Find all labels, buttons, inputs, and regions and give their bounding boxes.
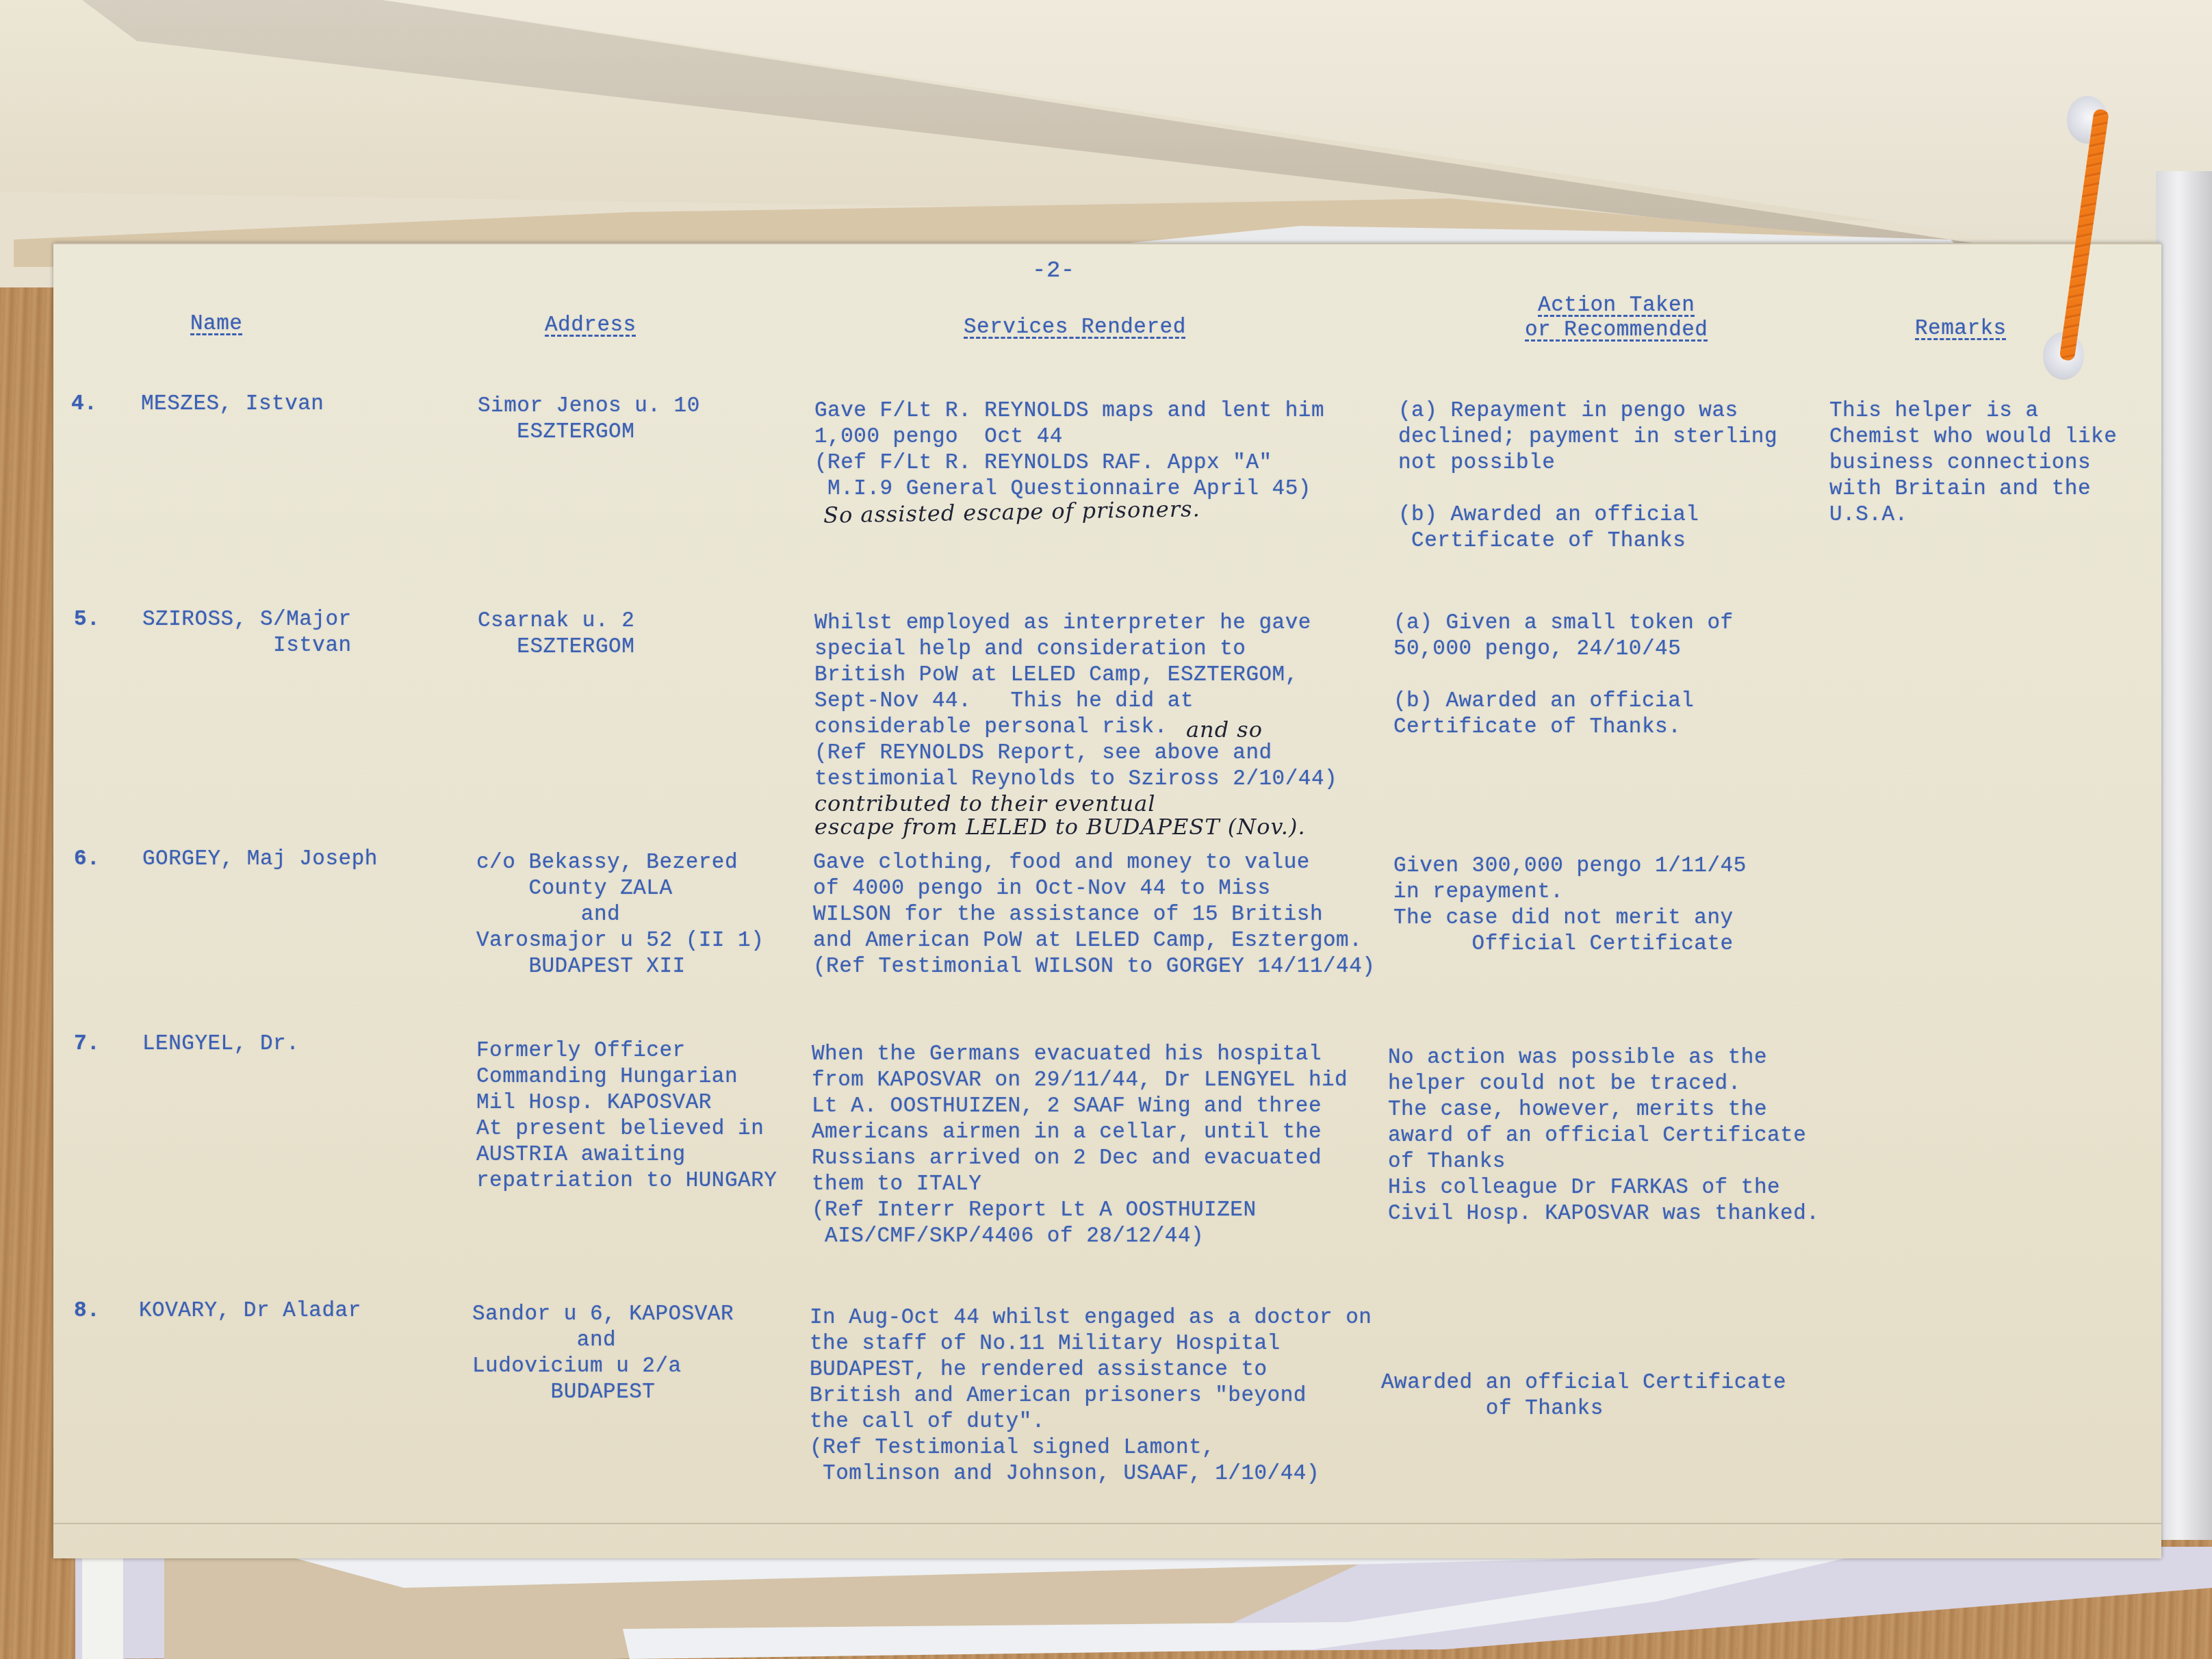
entry-action: Given 300,000 pengo 1/11/45 in repayment… <box>1393 853 1747 957</box>
entry-services: Gave clothing, food and money to value o… <box>813 850 1375 980</box>
entry-number: 7. <box>74 1031 100 1057</box>
entry-address: c/o Bekassy, Bezered County ZALA and Var… <box>476 850 764 980</box>
entry-name: LENGYEL, Dr. <box>142 1031 299 1057</box>
entry-number: 4. <box>71 391 97 417</box>
entry-number: 8. <box>74 1298 100 1324</box>
entry-services: When the Germans evacuated his hospital … <box>812 1042 1348 1250</box>
entry-name: GORGEY, Maj Joseph <box>142 847 378 873</box>
background-paper-edge <box>2156 171 2212 1540</box>
page-fold-line <box>53 1523 2161 1524</box>
entry-action: Awarded an official Certificate of Thank… <box>1381 1370 1786 1422</box>
column-header-address: Address <box>545 313 636 339</box>
column-header-remarks: Remarks <box>1915 316 2007 342</box>
column-header-services: Services Rendered <box>964 315 1186 341</box>
entry-address: Csarnak u. 2 ESZTERGOM <box>478 608 634 660</box>
column-header-name: Name <box>190 311 242 337</box>
entry-action: (a) Given a small token of 50,000 pengo,… <box>1393 610 1734 741</box>
entry-action: No action was possible as the helper cou… <box>1388 1045 1819 1227</box>
entry-action: (a) Repayment in pengo was declined; pay… <box>1398 398 1777 554</box>
entry-remarks: This helper is a Chemist who would like … <box>1829 398 2117 528</box>
entry-address: Formerly Officer Commanding Hungarian Mi… <box>476 1038 777 1194</box>
entry-address: Simor Jenos u. 10 ESZTERGOM <box>478 394 700 446</box>
handwritten-annotation: and so <box>1186 717 1263 743</box>
entry-number: 6. <box>74 847 100 873</box>
entry-name: MESZES, Istvan <box>141 391 324 417</box>
background-paper-edge <box>82 1554 123 1659</box>
entry-address: Sandor u 6, KAPOSVAR and Ludovicium u 2/… <box>472 1302 734 1406</box>
page-number: -2- <box>1032 258 1075 284</box>
entry-name: KOVARY, Dr Aladar <box>139 1298 361 1324</box>
column-header-action: Action Taken or Recommended <box>1525 294 1708 343</box>
entry-services: In Aug-Oct 44 whilst engaged as a doctor… <box>810 1305 1372 1487</box>
entry-name: SZIROSS, S/Major Istvan <box>142 607 352 659</box>
entry-number: 5. <box>74 607 100 633</box>
entry-services: Whilst employed as interpreter he gave s… <box>814 610 1337 793</box>
handwritten-annotation: contributed to their eventual escape fro… <box>814 792 1306 838</box>
document-page: -2- Name Address Services Rendered Actio… <box>53 243 2161 1558</box>
entry-services: Gave F/Lt R. REYNOLDS maps and lent him … <box>814 398 1324 502</box>
